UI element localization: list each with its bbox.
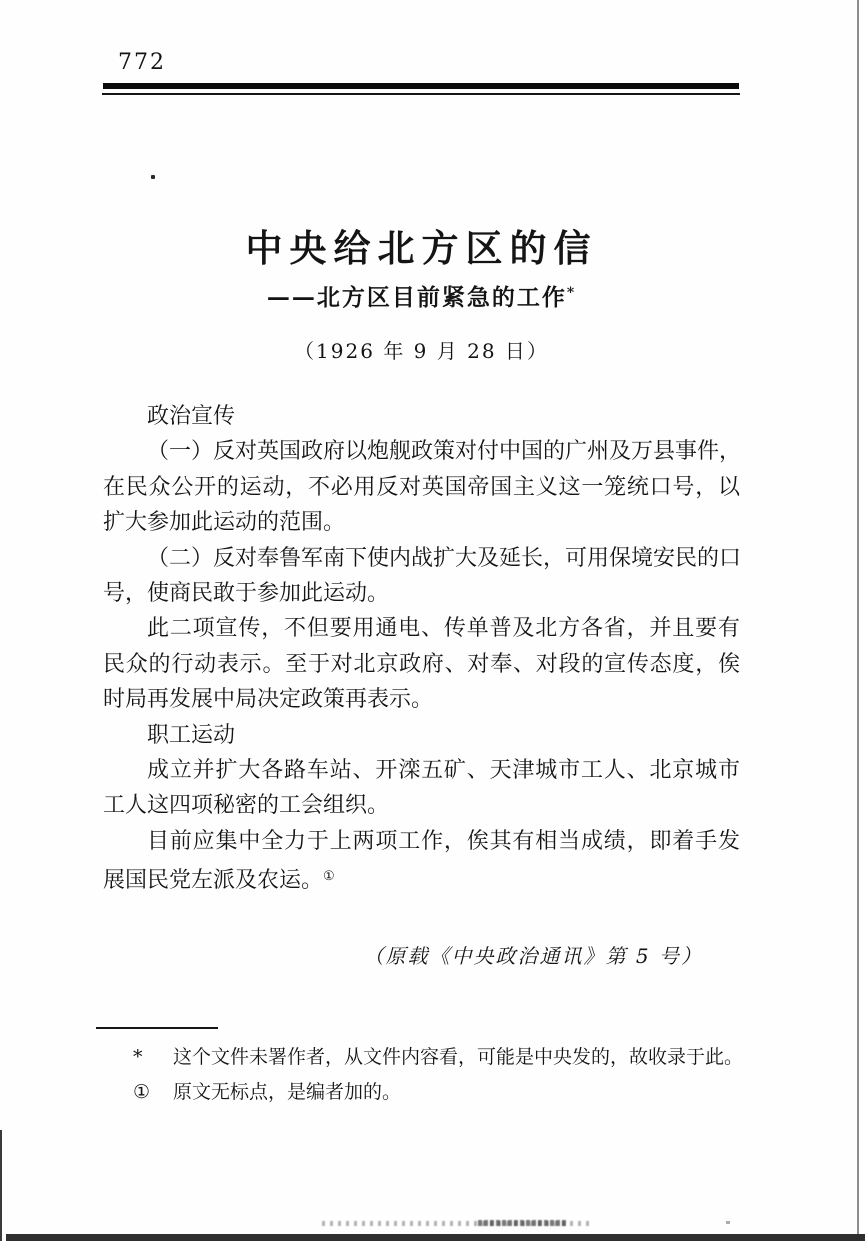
document-subtitle-text: ——北方区目前紧急的工作	[267, 284, 567, 311]
footnote: *这个文件未署作者，从文件内容看，可能是中央发的，故收录于此。	[103, 1040, 763, 1075]
body-line-text: （二）反对奉鲁军南下使内战扩大及延长，可用保境安民的口	[147, 546, 741, 571]
body-text: 政治宣传（一）反对英国政府以炮舰政策对付中国的广州及万县事件，在民众公开的运动，…	[103, 399, 740, 894]
body-line-text: 目前应集中全力于上两项工作，俟其有相当成绩，即着手发	[147, 829, 740, 854]
body-line: （二）反对奉鲁军南下使内战扩大及延长，可用保境安民的口	[103, 541, 740, 576]
body-line: 号，使商民敢于参加此运动。	[103, 576, 740, 611]
body-line-text: （一）反对英国政府以炮舰政策对付中国的广州及万县事件，	[147, 439, 741, 464]
footnote-text: 这个文件未署作者，从文件内容看，可能是中央发的，故收录于此。	[173, 1040, 743, 1075]
scan-bottom-band	[6, 1234, 865, 1241]
scanned-document-page: 772 中央给北方区的信 ——北方区目前紧急的工作* （1926 年 9 月 2…	[0, 0, 865, 1241]
body-line: 目前应集中全力于上两项工作，俟其有相当成绩，即着手发	[103, 824, 740, 859]
document-subtitle: ——北方区目前紧急的工作*	[103, 279, 740, 312]
footnote: ①原文无标点，是编者加的。	[103, 1075, 763, 1110]
body-line-text: 政治宣传	[147, 404, 235, 429]
header-rule-thin	[102, 93, 740, 95]
page-number: 772	[118, 50, 166, 75]
body-line-text: 号，使商民敢于参加此运动。	[103, 581, 389, 606]
body-line-text: 展国民党左派及农运。	[103, 868, 323, 893]
footnote-text: 原文无标点，是编者加的。	[173, 1075, 401, 1110]
body-line: 此二项宣传，不但要用通电、传单普及北方各省，并且要有	[103, 611, 740, 646]
header-rule-thick	[103, 83, 739, 89]
scan-smudge-dot	[726, 1221, 730, 1224]
body-line: 成立并扩大各路车站、开滦五矿、天津城市工人、北京城市	[103, 753, 740, 788]
source-attribution: （原载《中央政治通讯》第 5 号）	[103, 940, 703, 969]
body-line-text: 工人这四项秘密的工会组织。	[103, 793, 389, 818]
body-line-text: 扩大参加此运动的范围。	[103, 510, 345, 535]
body-line: 在民众公开的运动，不必用反对英国帝国主义这一笼统口号，以	[103, 470, 740, 505]
body-line-text: 成立并扩大各路车站、开滦五矿、天津城市工人、北京城市	[147, 758, 740, 783]
subtitle-footnote-marker: *	[567, 285, 576, 301]
footnote-marker: *	[133, 1040, 173, 1075]
body-line: 时局再发展中局决定政策再表示。	[103, 682, 740, 717]
scan-speck	[151, 175, 155, 179]
scan-smudge-dark	[478, 1220, 566, 1226]
footnotes: *这个文件未署作者，从文件内容看，可能是中央发的，故收录于此。①原文无标点，是编…	[103, 1040, 763, 1110]
body-line-text: 此二项宣传，不但要用通电、传单普及北方各省，并且要有	[147, 616, 740, 641]
body-line: （一）反对英国政府以炮舰政策对付中国的广州及万县事件，	[103, 434, 740, 469]
body-line: 展国民党左派及农运。①	[103, 859, 740, 894]
body-line: 扩大参加此运动的范围。	[103, 505, 740, 540]
footnote-marker: ①	[133, 1075, 173, 1110]
body-line-text: 在民众公开的运动，不必用反对英国帝国主义这一笼统口号，以	[103, 475, 740, 500]
body-line-text: 民众的行动表示。至于对北京政府、对奉、对段的宣传态度，俟	[103, 652, 740, 677]
body-line: 民众的行动表示。至于对北京政府、对奉、对段的宣传态度，俟	[103, 647, 740, 682]
document-date: （1926 年 9 月 28 日）	[103, 335, 740, 364]
body-line-text: 时局再发展中局决定政策再表示。	[103, 687, 433, 712]
body-line: 工人这四项秘密的工会组织。	[103, 788, 740, 823]
document-title: 中央给北方区的信	[103, 218, 740, 272]
footnote-separator-rule	[96, 1027, 218, 1029]
body-line: 政治宣传	[103, 399, 740, 434]
scan-edge-right	[857, 0, 859, 1241]
footnote-ref-marker: ①	[323, 869, 335, 884]
body-line: 职工运动	[103, 718, 740, 753]
scan-edge-left	[0, 1130, 2, 1241]
body-line-text: 职工运动	[147, 723, 235, 748]
